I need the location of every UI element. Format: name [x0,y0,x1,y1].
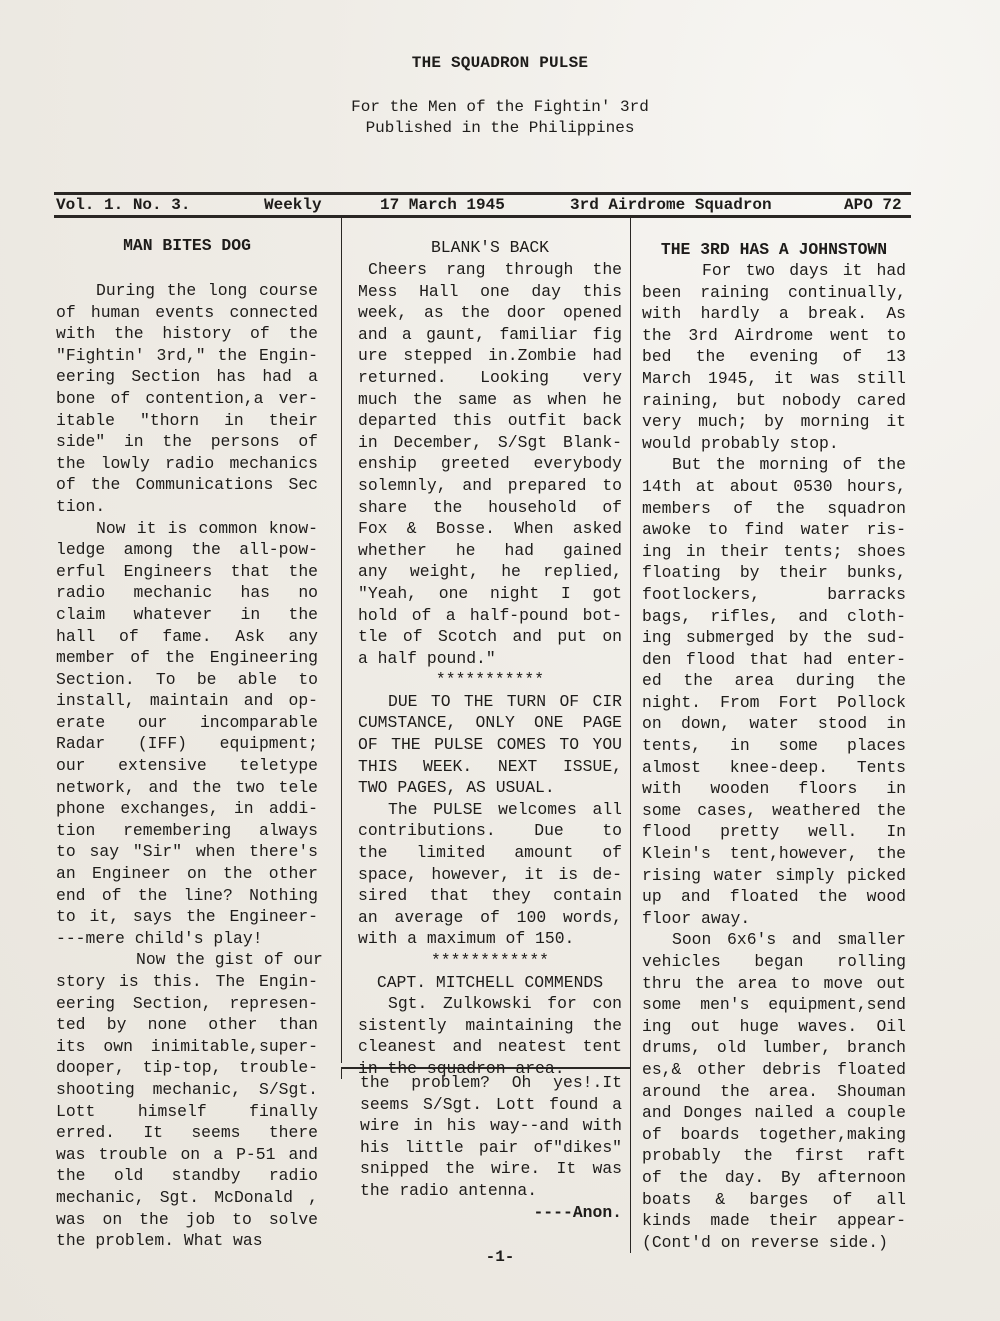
column-man-bites-dog: MAN BITES DOG During the long courseof h… [56,236,318,1252]
text-line: with a maximum of 150. [358,928,622,950]
text-line: footlockers, barracks [642,584,906,606]
author-signature: ----Anon. [360,1202,622,1224]
text-line: 14th at about 0530 hours, [642,476,906,498]
column-johnstown: THE 3RD HAS A JOHNSTOWN For two days it … [642,240,906,1253]
text-line: sired that they contain [358,885,622,907]
text-line: and a gaunt, familiar fig [358,324,622,346]
text-line: den flood that had enter- [642,649,906,671]
text-line: ted by none other than [56,1014,318,1036]
johnstown-body: For two days it hadbeen raining continua… [642,260,906,1253]
blanks-back-body: Cheers rang through theMess Hall one day… [358,259,622,669]
text-line: up and floated the wood [642,886,906,908]
text-line: rising water simply picked [642,865,906,887]
text-line: the limited amount of [358,842,622,864]
text-line: tion remembering always [56,820,318,842]
text-line: departed this outfit back [358,410,622,432]
text-line: Section. To be able to [56,669,318,691]
text-line: the old standby radio [56,1165,318,1187]
text-line: erful Engineers that the [56,561,318,583]
text-line: with wooden floors in [642,778,906,800]
text-line: of human events connected [56,302,318,324]
text-line: to say "Sir" when there's [56,841,318,863]
text-line: radio mechanic has no [56,582,318,604]
text-line: hold of a half-pound bot- [358,605,622,627]
text-line: Lott himself finally [56,1101,318,1123]
blanks-back-headline: BLANK'S BACK [431,238,549,257]
issue-info-bar: Vol. 1. No. 3. Weekly 17 March 1945 3rd … [54,192,911,218]
text-line: Klein's tent,however, the [642,843,906,865]
text-line: members of the squadron [642,498,906,520]
volume-number: Vol. 1. No. 3. [56,196,190,214]
text-line: dooper, tip-top, trouble- [56,1057,318,1079]
column-divider-left-stub [341,1069,342,1079]
text-line: almost knee-deep. Tents [642,757,906,779]
text-line: ing out huge waves. Oil [642,1016,906,1038]
text-line: share the household of [358,497,622,519]
text-line: sistently maintaining the [358,1015,622,1037]
text-line: thru the area to move out [642,973,906,995]
text-line: The PULSE welcomes all [358,799,622,821]
text-line: solemnly, and prepared to [358,475,622,497]
text-line: ledge among the all-pow- [56,539,318,561]
text-line: week, as the door opened [358,302,622,324]
johnstown-headline: THE 3RD HAS A JOHNSTOWN [642,240,906,260]
text-line: tle of Scotch and put on [358,626,622,648]
text-line: shooting mechanic, S/Sgt. [56,1079,318,1101]
article-body: During the long courseof human events co… [56,280,318,1252]
text-line: THIS WEEK. NEXT ISSUE, [358,756,622,778]
text-line: phone exchanges, in addi- [56,798,318,820]
separator-stars: ************ [358,950,622,972]
text-line: floor away. [642,908,906,930]
text-line: bags, rifles, and cloth- [642,606,906,628]
text-line: of the Communications Sec [56,474,318,496]
text-line: a half pound." [358,648,622,670]
text-line: eering Section, represen- [56,993,318,1015]
text-line: some cases, weathered the [642,800,906,822]
text-line: was on the job to solve [56,1209,318,1231]
unit-name: 3rd Airdrome Squadron [570,196,772,214]
text-line: mechanic, Sgt. McDonald , [56,1187,318,1209]
text-line: enship greeted everybody [358,453,622,475]
text-line: snipped the wire. It was [360,1158,622,1180]
text-line: cleanest and neatest tent [358,1036,622,1058]
text-line: tents, in some places [642,735,906,757]
text-line: DUE TO THE TURN OF CIR [358,691,622,713]
text-line: March 1945, it was still [642,368,906,390]
text-line: and Donges nailed a couple [642,1102,906,1124]
text-line: For two days it had [642,260,906,282]
text-line: floating by their bunks, [642,562,906,584]
capt-mitchell-body: Sgt. Zulkowski for consistently maintain… [358,993,622,1079]
text-line: our extensive teletype [56,755,318,777]
text-line: ing submerged by the sud- [642,627,906,649]
text-line: to it, says the Engineer- [56,906,318,928]
text-line: been raining continually, [642,282,906,304]
text-line: erate our incomparable [56,712,318,734]
text-line: awoke to find water ris- [642,519,906,541]
issue-frequency: Weekly [264,196,322,214]
text-line: an average of 100 words, [358,907,622,929]
text-line: probably the first raft [642,1145,906,1167]
text-line: bone of contention,a ver- [56,388,318,410]
text-line: ing in their tents; shoes [642,541,906,563]
text-line: Fox & Bosse. When asked [358,518,622,540]
text-line: space, however, it is de- [358,864,622,886]
text-line: es,& other debris floated [642,1059,906,1081]
text-line: bed the evening of 13 [642,346,906,368]
text-line: was trouble on a P-51 and [56,1144,318,1166]
text-line: ure stepped in.Zombie had [358,345,622,367]
text-line: vehicles began rolling [642,951,906,973]
text-line: in December, S/Sgt Blank- [358,432,622,454]
text-line: itable "thorn in their [56,410,318,432]
text-line: flood pretty well. In [642,821,906,843]
text-line: CUMSTANCE, ONLY ONE PAGE [358,712,622,734]
newsletter-subtitle-location: Published in the Philippines [0,119,1000,137]
text-line: story is this. The Engin- [56,971,318,993]
text-line: any weight, he replied, [358,561,622,583]
text-line: Now it is common know- [56,518,318,540]
text-line: kinds made their appear- [642,1210,906,1232]
newsletter-page: THE SQUADRON PULSE For the Men of the Fi… [0,0,1000,1321]
continuation-body: the problem? Oh yes!.Itseems S/Sgt. Lott… [360,1072,622,1202]
text-line: Sgt. Zulkowski for con [358,993,622,1015]
text-line: hall of fame. Ask any [56,626,318,648]
newsletter-subtitle: For the Men of the Fightin' 3rd [0,98,1000,116]
text-line: Radar (IFF) equipment; [56,733,318,755]
article-headline: BLANK'S BACK [358,237,622,259]
text-line: "Yeah, one night I got [358,583,622,605]
text-line: much the same as when he [358,389,622,411]
apo-number: APO 72 [844,196,902,214]
text-line: boats & barges of all [642,1189,906,1211]
column-divider-left [341,215,342,1063]
text-line: During the long course [56,280,318,302]
text-line: Now the gist of our [56,949,318,971]
text-line: its own inimitable,super- [56,1036,318,1058]
text-line: side" in the persons of [56,431,318,453]
column-divider-right [630,215,631,1253]
text-line: whether he had gained [358,540,622,562]
text-line: erred. It seems there [56,1122,318,1144]
newsletter-title: THE SQUADRON PULSE [0,54,1000,72]
text-line: the lowly radio mechanics [56,453,318,475]
text-line: TWO PAGES, AS USUAL. [358,777,622,799]
issue-date: 17 March 1945 [380,196,505,214]
capt-mitchell-headline: CAPT. MITCHELL COMMENDS [358,972,622,994]
notice-body: DUE TO THE TURN OF CIRCUMSTANCE, ONLY ON… [358,691,622,799]
text-line: end of the line? Nothing [56,885,318,907]
text-line: install, maintain and op- [56,690,318,712]
text-line: night. From Fort Pollock [642,692,906,714]
text-line: wire in his way--and with [360,1115,622,1137]
text-line: Cheers rang through the [358,259,622,281]
text-line: claim whatever in the [56,604,318,626]
text-line: network, and the two tele [56,777,318,799]
text-line: drums, old lumber, branch [642,1037,906,1059]
text-line: returned. Looking very [358,367,622,389]
column-middle: BLANK'S BACK Cheers rang through theMess… [358,237,622,1080]
text-line: with hardly a break. As [642,303,906,325]
text-line: eering Section has had a [56,366,318,388]
text-line: seems S/Sgt. Lott found a [360,1094,622,1116]
text-line: the problem? Oh yes!.It [360,1072,622,1094]
text-line: the 3rd Airdrome went to [642,325,906,347]
text-line: his little pair of"dikes" [360,1137,622,1159]
text-line: with the history of the [56,323,318,345]
text-line: an Engineer on the other [56,863,318,885]
text-line: the radio antenna. [360,1180,622,1202]
text-line: around the area. Shouman [642,1081,906,1103]
text-line: contributions. Due to [358,820,622,842]
page-number: -1- [0,1248,1000,1266]
text-line: would probably stop. [642,433,906,455]
text-line: very much; by morning it [642,411,906,433]
text-line: But the morning of the [642,454,906,476]
text-line: of the day. By afternoon [642,1167,906,1189]
text-line: ---mere child's play! [56,928,318,950]
text-line: raining, but nobody cared [642,390,906,412]
text-line: of boards together,making [642,1124,906,1146]
article-headline: MAN BITES DOG [56,236,318,280]
man-bites-dog-continuation: the problem? Oh yes!.Itseems S/Sgt. Lott… [360,1072,622,1223]
text-line: tion. [56,496,318,518]
text-line: member of the Engineering [56,647,318,669]
contributions-body: The PULSE welcomes allcontributions. Due… [358,799,622,950]
text-line: Mess Hall one day this [358,281,622,303]
text-line: "Fightin' 3rd," the Engin- [56,345,318,367]
text-line: some men's equipment,send [642,994,906,1016]
text-line: on down, water stood in [642,713,906,735]
text-line: OF THE PULSE COMES TO YOU [358,734,622,756]
text-line: Soon 6x6's and smaller [642,929,906,951]
text-line: ed the area during the [642,670,906,692]
separator-stars: *********** [358,669,622,691]
